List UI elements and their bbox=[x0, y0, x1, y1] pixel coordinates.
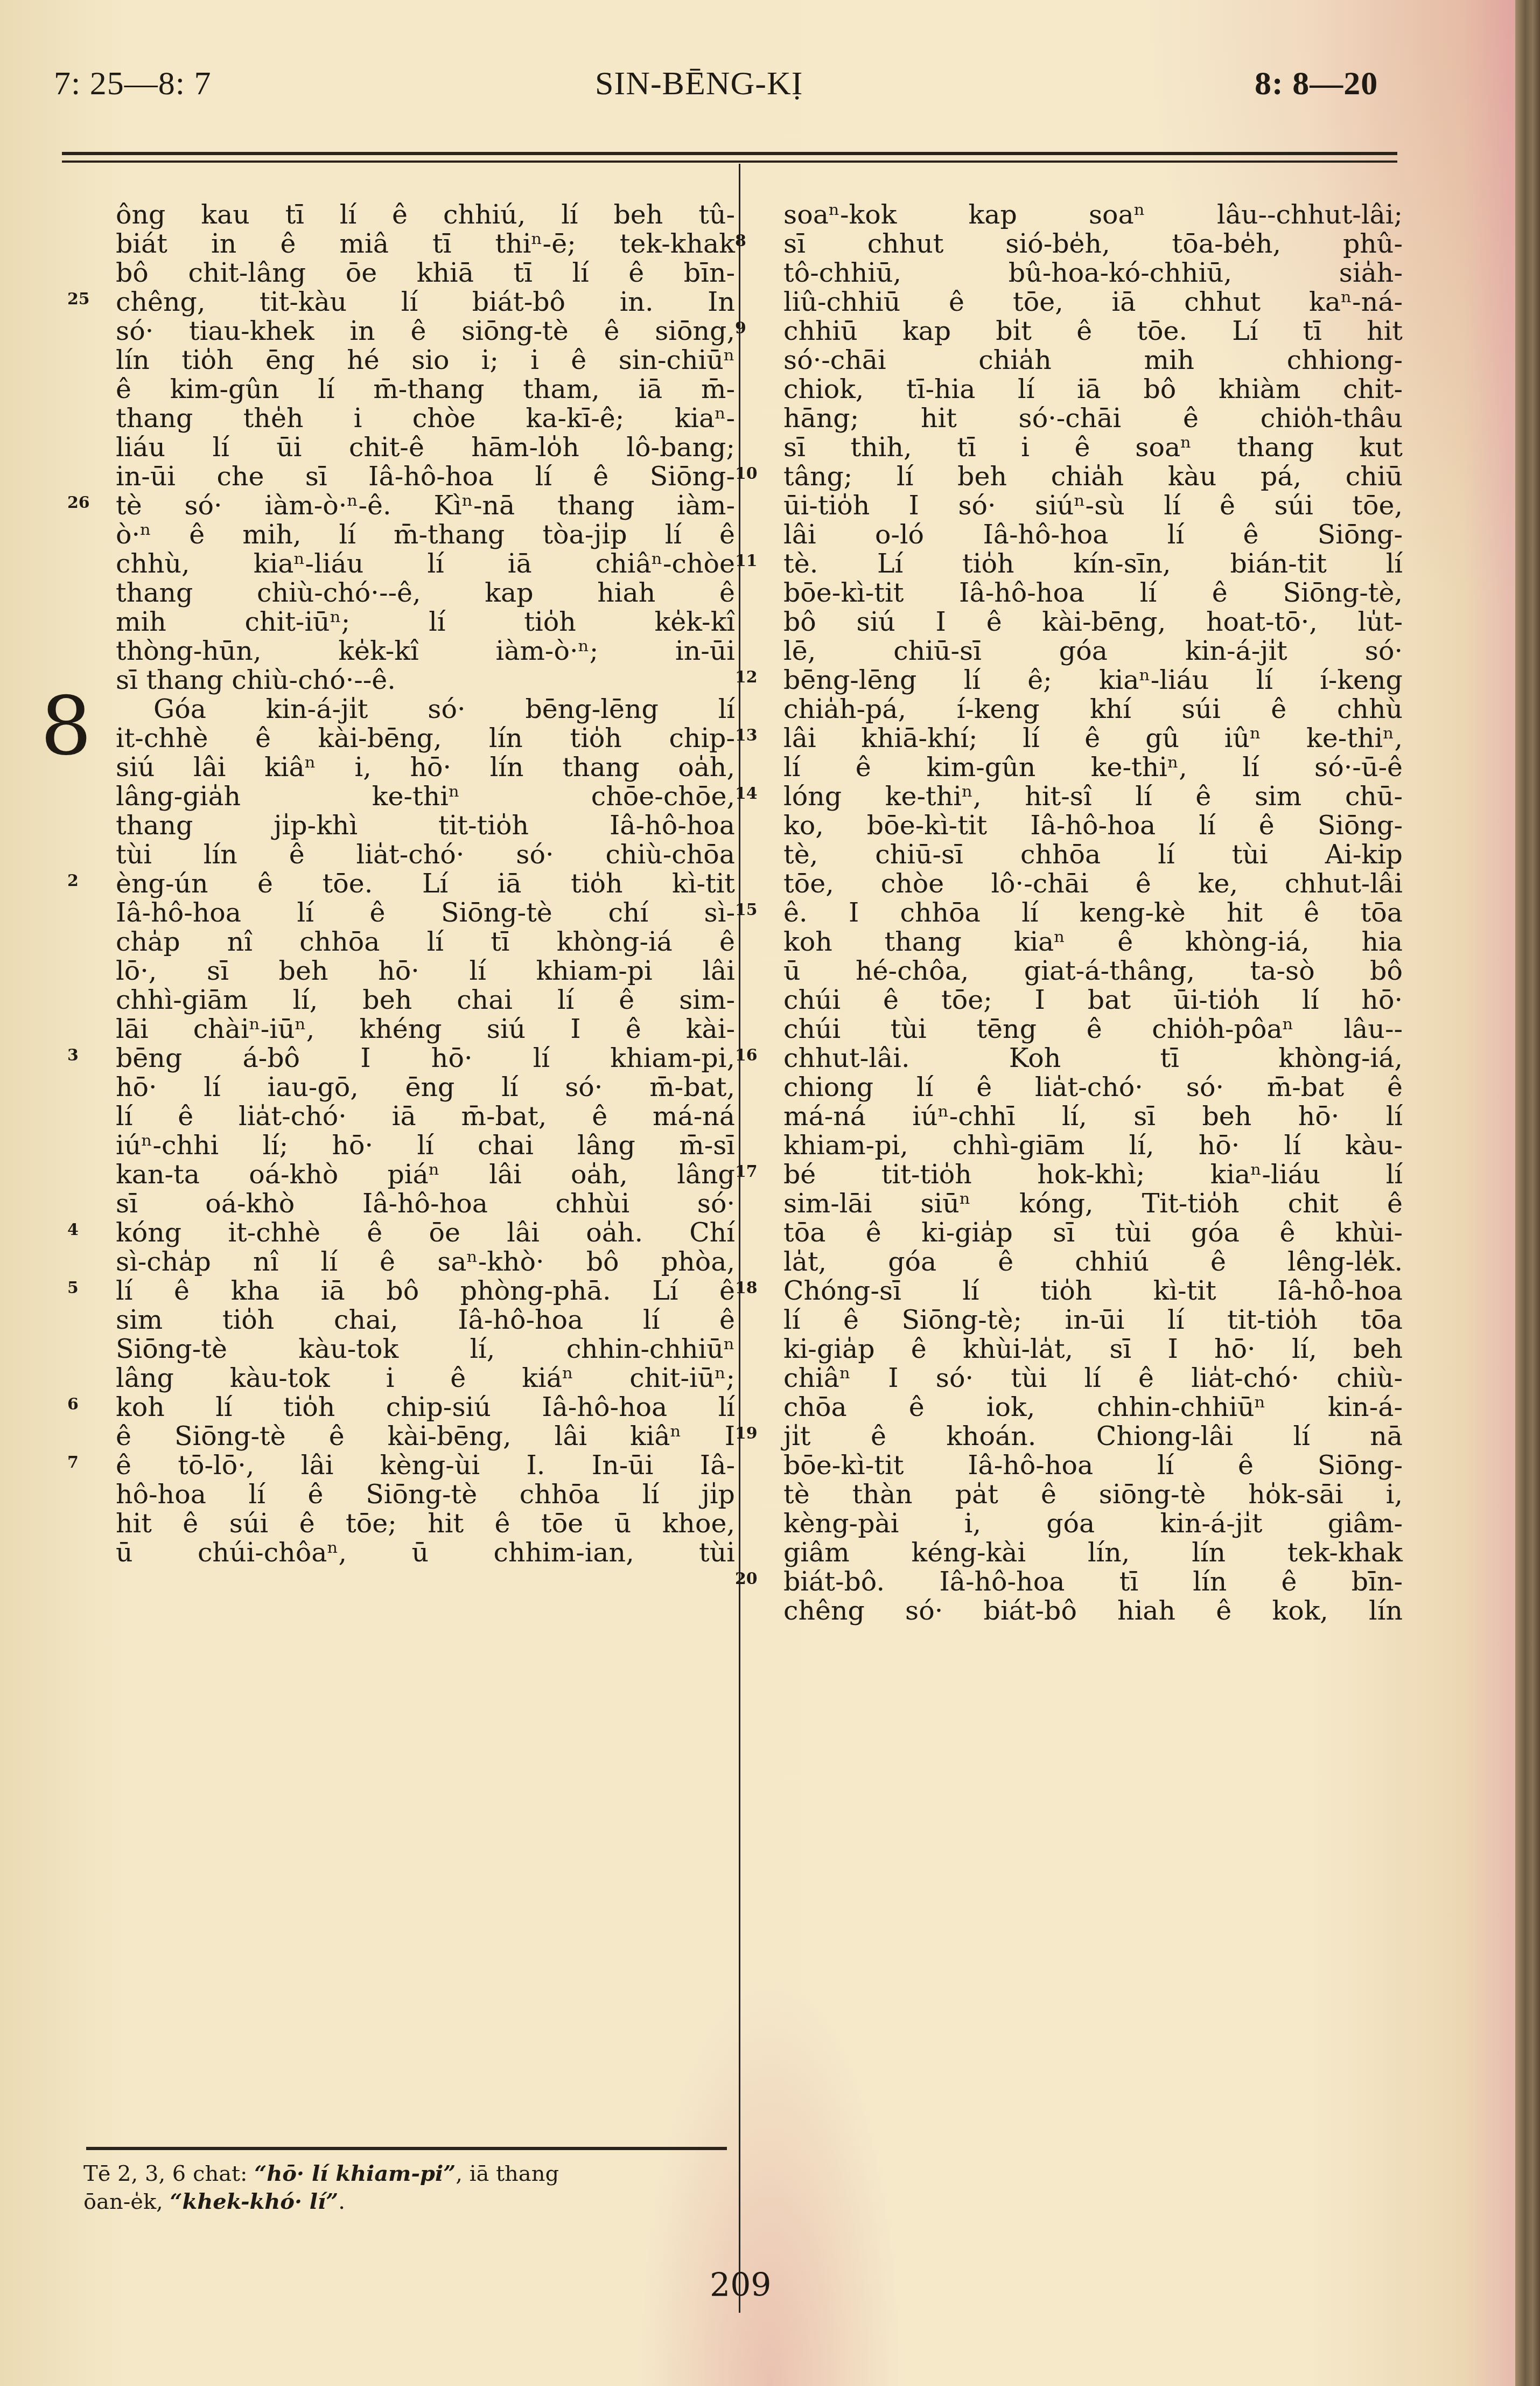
verse-number: 18 bbox=[735, 1276, 773, 1300]
text-line: sī thang chiù-chó·--ê. bbox=[116, 666, 735, 695]
line-text: lí ê kha iā bô phòng-phā. Lí ê bbox=[116, 1275, 735, 1306]
line-text: chōa ê iok, chhin-chhiūⁿ kin-á- bbox=[783, 1392, 1403, 1422]
text-line: 12bēng-lēng lí ê; kiaⁿ-liáu lí í-keng bbox=[783, 666, 1403, 695]
text-line: sim-lāi siūⁿ kóng, Tit-tio̍h chit ê bbox=[783, 1189, 1403, 1218]
line-text: ê Siōng-tè ê kài-bēng, lâi kiâⁿ I bbox=[116, 1421, 735, 1452]
verse-number: 19 bbox=[735, 1422, 773, 1446]
text-line: tè, chiū-sī chhōa lí tùi Ai-kip bbox=[783, 840, 1403, 869]
line-text: ūi-tio̍h I só· siúⁿ-sù lí ê súi tōe, bbox=[783, 490, 1403, 521]
line-text: siú lâi kiâⁿ i, hō· lín thang oa̍h, bbox=[116, 752, 735, 783]
text-line: ū hé-chôa, giat-á-thâng, ta-sò bô bbox=[783, 957, 1403, 986]
verse-number: 12 bbox=[735, 666, 773, 689]
line-text: bé tit-tio̍h hok-khì; kiaⁿ-liáu lí bbox=[783, 1159, 1403, 1190]
text-line: ūi-tio̍h I só· siúⁿ-sù lí ê súi tōe, bbox=[783, 491, 1403, 520]
text-line: khiam-pi, chhì-giām lí, hō· lí kàu- bbox=[783, 1131, 1403, 1160]
line-text: Chóng-sī lí tio̍h kì-tit Iâ-hô-hoa bbox=[783, 1275, 1403, 1306]
header-left-range: 7: 25—8: 7 bbox=[54, 65, 211, 103]
text-line: hō· lí iau-gō, ēng lí só· m̄-bat, bbox=[116, 1073, 735, 1102]
line-text: só· tiau-khek in ê siōng-tè ê siōng, bbox=[116, 316, 735, 346]
text-line: ū chúi-chôaⁿ, ū chhim-ian, tùi bbox=[116, 1538, 735, 1567]
line-text: chêng, tit-kàu lí biát-bô in. In bbox=[116, 287, 735, 317]
text-line: lâng kàu-tok i ê kiáⁿ chit-iūⁿ; bbox=[116, 1364, 735, 1393]
text-line: lō·, sī beh hō· lí khiam-pi lâi bbox=[116, 957, 735, 986]
text-line: 26tè só· iàm-ò·ⁿ-ê. Kìⁿ-nā thang iàm- bbox=[116, 491, 735, 520]
line-text: lâi khiā-khí; lí ê gû iûⁿ ke-thiⁿ, bbox=[783, 723, 1403, 754]
line-text: Iâ-hô-hoa lí ê Siōng-tè chí sì- bbox=[116, 897, 735, 928]
line-text: sì-cha̍p nî lí ê saⁿ-khò· bô phòa, bbox=[116, 1246, 735, 1277]
line-text: lē, chiū-sī góa kin-á-ji̍t só· bbox=[783, 636, 1403, 666]
line-text: bô siú I ê kài-bēng, hoat-tō·, lu̍t- bbox=[783, 606, 1403, 637]
line-text: biát in ê miâ tī thiⁿ-ē; tek-khak bbox=[116, 228, 735, 259]
line-text: ū hé-chôa, giat-á-thâng, ta-sò bô bbox=[783, 955, 1403, 986]
header-rule-top bbox=[62, 152, 1397, 155]
verse-number: 8 bbox=[735, 229, 773, 253]
line-text: Góa kin-á-ji̍t só· bēng-lēng lí bbox=[153, 694, 735, 724]
text-line: ki-gia̍p ê khùi-la̍t, sī I hō· lí, beh bbox=[783, 1335, 1403, 1364]
line-text: sī oá-khò Iâ-hô-hoa chhùi só· bbox=[116, 1188, 735, 1219]
verse-number: 26 bbox=[67, 491, 105, 515]
line-text: Siōng-tè kàu-tok lí, chhin-chhiūⁿ bbox=[116, 1334, 735, 1364]
line-text: lín tio̍h ēng hé sio i; i ê sin-chiūⁿ bbox=[116, 345, 735, 375]
text-line: liáu lí ūi chit-ê hām-lo̍h lô-bang; bbox=[116, 433, 735, 462]
text-line: 8Góa kin-á-ji̍t só· bēng-lēng lí bbox=[116, 695, 735, 724]
verse-number: 11 bbox=[735, 549, 773, 573]
text-line: bô siú I ê kài-bēng, hoat-tō·, lu̍t- bbox=[783, 608, 1403, 637]
text-line: cha̍p nî chhōa lí tī khòng-iá ê bbox=[116, 927, 735, 957]
text-line: thang ji̍p-khì tit-tio̍h Iâ-hô-hoa bbox=[116, 811, 735, 840]
line-text: hāng; hit só·-chāi ê chio̍h-thâu bbox=[783, 403, 1403, 434]
footnote-line2-prefix: ōan-e̍k, bbox=[83, 2189, 170, 2214]
text-line: 4kóng it-chhè ê ōe lâi oa̍h. Chí bbox=[116, 1218, 735, 1247]
page-number: 209 bbox=[710, 2266, 772, 2304]
line-text: chhut-lâi. Koh tī khòng-iá, bbox=[783, 1043, 1403, 1073]
line-text: bô chit-lâng ōe khiā tī lí ê bīn- bbox=[116, 257, 735, 288]
text-line: 6koh lí tio̍h chip-siú Iâ-hô-hoa lí bbox=[116, 1393, 735, 1422]
line-text: koh lí tio̍h chip-siú Iâ-hô-hoa lí bbox=[116, 1392, 735, 1422]
text-line: chhù, kiaⁿ-liáu lí iā chiâⁿ-chòe bbox=[116, 549, 735, 578]
line-text: ò·ⁿ ê mih, lí m̄-thang tòa-ji̍p lí ê bbox=[116, 519, 735, 550]
text-line: lí ê kim-gûn ke-thiⁿ, lí só·-ū-ê bbox=[783, 753, 1403, 782]
text-line: 5lí ê kha iā bô phòng-phā. Lí ê bbox=[116, 1276, 735, 1306]
verse-number: 10 bbox=[735, 462, 773, 486]
text-line: 17bé tit-tio̍h hok-khì; kiaⁿ-liáu lí bbox=[783, 1160, 1403, 1189]
text-line: chhì-giām lí, beh chai lí ê sim- bbox=[116, 986, 735, 1015]
line-text: lóng ke-thiⁿ, hit-sî lí ê sim chū- bbox=[783, 781, 1403, 812]
line-text: hit ê súi ê tōe; hit ê tōe ū khoe, bbox=[116, 1508, 735, 1539]
verse-number: 14 bbox=[735, 782, 773, 806]
verse-number: 2 bbox=[67, 869, 105, 893]
text-line: lín tio̍h ēng hé sio i; i ê sin-chiūⁿ bbox=[116, 346, 735, 375]
verse-number: 13 bbox=[735, 724, 773, 748]
text-line: sī oá-khò Iâ-hô-hoa chhùi só· bbox=[116, 1189, 735, 1218]
line-text: liû-chhiū ê tōe, iā chhut kaⁿ-ná- bbox=[783, 287, 1403, 317]
text-line: 20biát-bô. Iâ-hô-hoa tī lín ê bīn- bbox=[783, 1567, 1403, 1596]
line-text: lí ê Siōng-tè; in-ūi lí tit-tio̍h tōa bbox=[783, 1304, 1403, 1335]
text-line: lē, chiū-sī góa kin-á-ji̍t só· bbox=[783, 637, 1403, 666]
text-line: hit ê súi ê tōe; hit ê tōe ū khoe, bbox=[116, 1509, 735, 1538]
line-text: chúi ê tōe; I bat ūi-tio̍h lí hō· bbox=[783, 985, 1403, 1015]
text-line: tōe, chòe lô·-chāi ê ke, chhut-lâi bbox=[783, 869, 1403, 898]
text-line: 18Chóng-sī lí tio̍h kì-tit Iâ-hô-hoa bbox=[783, 1276, 1403, 1306]
line-text: khiam-pi, chhì-giām lí, hō· lí kàu- bbox=[783, 1130, 1403, 1161]
text-line: kan-ta oá-khò piáⁿ lâi oa̍h, lâng bbox=[116, 1160, 735, 1189]
line-text: thòng-hūn, ke̍k-kî iàm-ò·ⁿ; in-ūi bbox=[116, 636, 735, 666]
text-line: hāng; hit só·-chāi ê chio̍h-thâu bbox=[783, 404, 1403, 433]
header-rule-bottom bbox=[62, 161, 1397, 163]
line-text: sī thang chiù-chó·--ê. bbox=[116, 665, 396, 695]
verse-number: 4 bbox=[67, 1218, 105, 1242]
line-text: lō·, sī beh hō· lí khiam-pi lâi bbox=[116, 955, 735, 986]
line-text: chiâⁿ I só· tùi lí ê lia̍t-chó· chiù- bbox=[783, 1363, 1403, 1393]
line-text: lí ê lia̍t-chó· iā m̄-bat, ê má-ná bbox=[116, 1101, 735, 1132]
line-text: biát-bô. Iâ-hô-hoa tī lín ê bīn- bbox=[783, 1566, 1403, 1597]
verse-number: 3 bbox=[67, 1044, 105, 1068]
line-text: mih chit-iūⁿ; lí tio̍h ke̍k-kî bbox=[116, 606, 735, 637]
line-text: liáu lí ūi chit-ê hām-lo̍h lô-bang; bbox=[116, 432, 735, 463]
line-text: chia̍h-pá, í-keng khí súi ê chhù bbox=[783, 694, 1403, 724]
line-text: lâng-gia̍h ke-thiⁿ chōe-chōe, bbox=[116, 781, 735, 812]
line-text: kóng it-chhè ê ōe lâi oa̍h. Chí bbox=[116, 1217, 735, 1248]
right-text-column: soaⁿ-kok kap soaⁿ lâu--chhut-lâi;8sī chh… bbox=[783, 200, 1403, 1625]
verse-number: 15 bbox=[735, 898, 773, 922]
book-page-edges bbox=[1515, 0, 1540, 2386]
line-text: lí ê kim-gûn ke-thiⁿ, lí só·-ū-ê bbox=[783, 752, 1403, 783]
line-text: èng-ún ê tōe. Lí iā tio̍h kì-tit bbox=[116, 868, 735, 899]
footnote: Tē 2, 3, 6 chat: “hō· lí khiam-pi”, iā t… bbox=[83, 2160, 719, 2216]
line-text: hō· lí iau-gō, ēng lí só· m̄-bat, bbox=[116, 1072, 735, 1103]
text-line: 3bēng á-bô I hō· lí khiam-pi, bbox=[116, 1044, 735, 1073]
line-text: thang chiù-chó·--ê, kap hiah ê bbox=[116, 577, 735, 608]
text-line: 16chhut-lâi. Koh tī khòng-iá, bbox=[783, 1044, 1403, 1073]
text-line: 2èng-ún ê tōe. Lí iā tio̍h kì-tit bbox=[116, 869, 735, 898]
line-text: lâng kàu-tok i ê kiáⁿ chit-iūⁿ; bbox=[116, 1363, 735, 1393]
line-text: só·-chāi chia̍h mih chhiong- bbox=[783, 345, 1403, 375]
line-text: soaⁿ-kok kap soaⁿ lâu--chhut-lâi; bbox=[783, 199, 1403, 230]
line-text: tè, chiū-sī chhōa lí tùi Ai-kip bbox=[783, 839, 1403, 870]
verse-number: 16 bbox=[735, 1044, 773, 1068]
line-text: tè thàn pa̍t ê siōng-tè ho̍k-sāi i, bbox=[783, 1479, 1403, 1510]
verse-number: 17 bbox=[735, 1160, 773, 1184]
line-text: sim tio̍h chai, Iâ-hô-hoa lí ê bbox=[116, 1304, 735, 1335]
text-line: tùi lín ê lia̍t-chó· só· chiù-chōa bbox=[116, 840, 735, 869]
line-text: ki-gia̍p ê khùi-la̍t, sī I hō· lí, beh bbox=[783, 1334, 1403, 1364]
verse-number: 20 bbox=[735, 1567, 773, 1591]
text-line: 7ê tō-lō·, lâi kèng-ùi I. In-ūi Iâ- bbox=[116, 1451, 735, 1480]
line-text: hô-hoa lí ê Siōng-tè chhōa lí ji̍p bbox=[116, 1479, 735, 1510]
text-line: chōa ê iok, chhin-chhiūⁿ kin-á- bbox=[783, 1393, 1403, 1422]
text-line: sī thih, tī i ê soaⁿ thang kut bbox=[783, 433, 1403, 462]
line-text: bēng-lēng lí ê; kiaⁿ-liáu lí í-keng bbox=[783, 665, 1403, 695]
line-text: sī chhut sió-be̍h, tōa-be̍h, phû- bbox=[783, 228, 1403, 259]
text-line: biát in ê miâ tī thiⁿ-ē; tek-khak bbox=[116, 229, 735, 259]
text-line: lâng-gia̍h ke-thiⁿ chōe-chōe, bbox=[116, 782, 735, 811]
line-text: bōe-kì-tit Iâ-hô-hoa lí ê Siōng- bbox=[783, 1450, 1403, 1481]
line-text: cha̍p nî chhōa lí tī khòng-iá ê bbox=[116, 926, 735, 957]
line-text: thang ji̍p-khì tit-tio̍h Iâ-hô-hoa bbox=[116, 810, 735, 841]
text-line: lāi chàiⁿ-iūⁿ, khéng siú I ê kài- bbox=[116, 1015, 735, 1044]
verse-number: 9 bbox=[735, 317, 773, 340]
line-text: ê. I chhōa lí keng-kè hit ê tōa bbox=[783, 897, 1403, 928]
line-text: thang the̍h i chòe ka-kī-ê; kiaⁿ- bbox=[116, 403, 735, 434]
line-text: iúⁿ-chhi lí; hō· lí chai lâng m̄-sī bbox=[116, 1130, 735, 1161]
text-line: lí ê Siōng-tè; in-ūi lí tit-tio̍h tōa bbox=[783, 1306, 1403, 1335]
line-text: in-ūi che sī Iâ-hô-hoa lí ê Siōng- bbox=[116, 461, 735, 492]
text-line: 8sī chhut sió-be̍h, tōa-be̍h, phû- bbox=[783, 229, 1403, 259]
text-line: bô chit-lâng ōe khiā tī lí ê bīn- bbox=[116, 259, 735, 288]
text-line: la̍t, góa ê chhiú ê lêng-le̍k. bbox=[783, 1247, 1403, 1276]
line-text: kan-ta oá-khò piáⁿ lâi oa̍h, lâng bbox=[116, 1159, 735, 1190]
line-text: chêng só· biát-bô hiah ê kok, lín bbox=[783, 1595, 1403, 1626]
line-text: chhì-giām lí, beh chai lí ê sim- bbox=[116, 985, 735, 1015]
column-divider bbox=[739, 164, 740, 2313]
text-line: soaⁿ-kok kap soaⁿ lâu--chhut-lâi; bbox=[783, 200, 1403, 229]
text-line: ê kim-gûn lí m̄-thang tham, iā m̄- bbox=[116, 375, 735, 404]
left-text-column: ông kau tī lí ê chhiú, lí beh tû-biát in… bbox=[116, 200, 735, 1567]
chapter-number: 8 bbox=[40, 692, 92, 762]
verse-number: 6 bbox=[67, 1393, 105, 1417]
text-line: lí ê lia̍t-chó· iā m̄-bat, ê má-ná bbox=[116, 1102, 735, 1131]
line-text: ji̍t ê khoán. Chiong-lâi lí nā bbox=[783, 1421, 1403, 1452]
text-line: 11tè. Lí tio̍h kín-sīn, bián-tit lí bbox=[783, 549, 1403, 578]
verse-number: 25 bbox=[67, 288, 105, 311]
footnote-suffix: . bbox=[338, 2189, 345, 2214]
text-line: thang chiù-chó·--ê, kap hiah ê bbox=[116, 578, 735, 608]
text-line: tè thàn pa̍t ê siōng-tè ho̍k-sāi i, bbox=[783, 1480, 1403, 1509]
text-line: chêng só· biát-bô hiah ê kok, lín bbox=[783, 1596, 1403, 1625]
line-text: it-chhè ê kài-bēng, lín tio̍h chip- bbox=[116, 723, 735, 754]
line-text: tâng; lí beh chia̍h kàu pá, chiū bbox=[783, 461, 1403, 492]
footnote-middle: , iā thang bbox=[456, 2161, 559, 2186]
text-line: 13lâi khiā-khí; lí ê gû iûⁿ ke-thiⁿ, bbox=[783, 724, 1403, 753]
line-text: chhù, kiaⁿ-liáu lí iā chiâⁿ-chòe bbox=[116, 548, 735, 579]
text-line: ông kau tī lí ê chhiú, lí beh tû- bbox=[116, 200, 735, 229]
text-line: ko, bōe-kì-tit Iâ-hô-hoa lí ê Siōng- bbox=[783, 811, 1403, 840]
line-text: koh thang kiaⁿ ê khòng-iá, hia bbox=[783, 926, 1403, 957]
text-line: sì-cha̍p nî lí ê saⁿ-khò· bô phòa, bbox=[116, 1247, 735, 1276]
text-line: sim tio̍h chai, Iâ-hô-hoa lí ê bbox=[116, 1306, 735, 1335]
line-text: bōe-kì-tit Iâ-hô-hoa lí ê Siōng-tè, bbox=[783, 577, 1403, 608]
line-text: chúi tùi tēng ê chio̍h-pôaⁿ lâu-- bbox=[783, 1014, 1403, 1044]
text-line: 9chhiū kap bi̍t ê tōe. Lí tī hit bbox=[783, 317, 1403, 346]
text-line: chiok, tī-hia lí iā bô khiàm chit- bbox=[783, 375, 1403, 404]
text-line: lâi o-ló Iâ-hô-hoa lí ê Siōng- bbox=[783, 520, 1403, 549]
text-line: Siōng-tè kàu-tok lí, chhin-chhiūⁿ bbox=[116, 1335, 735, 1364]
text-line: chúi tùi tēng ê chio̍h-pôaⁿ lâu-- bbox=[783, 1015, 1403, 1044]
line-text: tô-chhiū, bû-hoa-kó-chhiū, sia̍h- bbox=[783, 257, 1403, 288]
line-text: kèng-pài i, góa kin-á-ji̍t giâm- bbox=[783, 1508, 1403, 1539]
line-text: chiok, tī-hia lí iā bô khiàm chit- bbox=[783, 374, 1403, 404]
text-line: Iâ-hô-hoa lí ê Siōng-tè chí sì- bbox=[116, 898, 735, 927]
line-text: tè só· iàm-ò·ⁿ-ê. Kìⁿ-nā thang iàm- bbox=[116, 490, 735, 521]
text-line: tô-chhiū, bû-hoa-kó-chhiū, sia̍h- bbox=[783, 259, 1403, 288]
text-line: chiâⁿ I só· tùi lí ê lia̍t-chó· chiù- bbox=[783, 1364, 1403, 1393]
text-line: hô-hoa lí ê Siōng-tè chhōa lí ji̍p bbox=[116, 1480, 735, 1509]
text-line: kèng-pài i, góa kin-á-ji̍t giâm- bbox=[783, 1509, 1403, 1538]
text-line: só· tiau-khek in ê siōng-tè ê siōng, bbox=[116, 317, 735, 346]
text-line: mih chit-iūⁿ; lí tio̍h ke̍k-kî bbox=[116, 608, 735, 637]
header-right-range: 8: 8—20 bbox=[1255, 65, 1378, 103]
text-line: chiong lí ê lia̍t-chó· só· m̄-bat ê bbox=[783, 1073, 1403, 1102]
text-line: 25chêng, tit-kàu lí biát-bô in. In bbox=[116, 288, 735, 317]
line-text: giâm kéng-kài lín, lín tek-khak bbox=[783, 1537, 1403, 1568]
line-text: tùi lín ê lia̍t-chó· só· chiù-chōa bbox=[116, 839, 735, 870]
line-text: chhiū kap bi̍t ê tōe. Lí tī hit bbox=[783, 316, 1403, 346]
text-line: 10tâng; lí beh chia̍h kàu pá, chiū bbox=[783, 462, 1403, 491]
line-text: ông kau tī lí ê chhiú, lí beh tû- bbox=[116, 199, 735, 230]
text-line: in-ūi che sī Iâ-hô-hoa lí ê Siōng- bbox=[116, 462, 735, 491]
text-line: chia̍h-pá, í-keng khí súi ê chhù bbox=[783, 695, 1403, 724]
text-line: thang the̍h i chòe ka-kī-ê; kiaⁿ- bbox=[116, 404, 735, 433]
text-line: bōe-kì-tit Iâ-hô-hoa lí ê Siōng-tè, bbox=[783, 578, 1403, 608]
text-line: it-chhè ê kài-bēng, lín tio̍h chip- bbox=[116, 724, 735, 753]
text-line: iúⁿ-chhi lí; hō· lí chai lâng m̄-sī bbox=[116, 1131, 735, 1160]
line-text: ê kim-gûn lí m̄-thang tham, iā m̄- bbox=[116, 374, 735, 404]
line-text: ko, bōe-kì-tit Iâ-hô-hoa lí ê Siōng- bbox=[783, 810, 1403, 841]
text-line: só·-chāi chia̍h mih chhiong- bbox=[783, 346, 1403, 375]
text-line: liû-chhiū ê tōe, iā chhut kaⁿ-ná- bbox=[783, 288, 1403, 317]
line-text: la̍t, góa ê chhiú ê lêng-le̍k. bbox=[783, 1246, 1403, 1277]
line-text: má-ná iúⁿ-chhī lí, sī beh hō· lí bbox=[783, 1101, 1403, 1132]
line-text: bēng á-bô I hō· lí khiam-pi, bbox=[116, 1043, 735, 1073]
line-text: tōa ê ki-gia̍p sī tùi góa ê khùi- bbox=[783, 1217, 1403, 1248]
line-text: ū chúi-chôaⁿ, ū chhim-ian, tùi bbox=[116, 1537, 735, 1568]
line-text: sī thih, tī i ê soaⁿ thang kut bbox=[783, 432, 1403, 463]
text-line: 19ji̍t ê khoán. Chiong-lâi lí nā bbox=[783, 1422, 1403, 1451]
line-text: sim-lāi siūⁿ kóng, Tit-tio̍h chit ê bbox=[783, 1188, 1403, 1219]
verse-number: 7 bbox=[67, 1451, 105, 1475]
line-text: tōe, chòe lô·-chāi ê ke, chhut-lâi bbox=[783, 868, 1403, 899]
text-line: má-ná iúⁿ-chhī lí, sī beh hō· lí bbox=[783, 1102, 1403, 1131]
text-line: ò·ⁿ ê mih, lí m̄-thang tòa-ji̍p lí ê bbox=[116, 520, 735, 549]
text-line: bōe-kì-tit Iâ-hô-hoa lí ê Siōng- bbox=[783, 1451, 1403, 1480]
verse-number: 5 bbox=[67, 1276, 105, 1300]
text-line: koh thang kiaⁿ ê khòng-iá, hia bbox=[783, 927, 1403, 957]
footnote-rule bbox=[86, 2147, 727, 2150]
line-text: chiong lí ê lia̍t-chó· só· m̄-bat ê bbox=[783, 1072, 1403, 1103]
text-line: chúi ê tōe; I bat ūi-tio̍h lí hō· bbox=[783, 986, 1403, 1015]
text-line: siú lâi kiâⁿ i, hō· lín thang oa̍h, bbox=[116, 753, 735, 782]
line-text: lâi o-ló Iâ-hô-hoa lí ê Siōng- bbox=[783, 519, 1403, 550]
running-header: 7: 25—8: 7 SIN-BĒNG-KỊ 8: 8—20 bbox=[0, 65, 1540, 113]
text-line: giâm kéng-kài lín, lín tek-khak bbox=[783, 1538, 1403, 1567]
line-text: ê tō-lō·, lâi kèng-ùi I. In-ūi Iâ- bbox=[116, 1450, 735, 1481]
line-text: tè. Lí tio̍h kín-sīn, bián-tit lí bbox=[783, 548, 1403, 579]
text-line: 15ê. I chhōa lí keng-kè hit ê tōa bbox=[783, 898, 1403, 927]
footnote-quote-2: “khek-khó· lí” bbox=[170, 2189, 339, 2214]
footnote-quote-1: “hō· lí khiam-pi” bbox=[254, 2161, 456, 2186]
text-line: 14lóng ke-thiⁿ, hit-sî lí ê sim chū- bbox=[783, 782, 1403, 811]
text-line: thòng-hūn, ke̍k-kî iàm-ò·ⁿ; in-ūi bbox=[116, 637, 735, 666]
text-line: ê Siōng-tè ê kài-bēng, lâi kiâⁿ I bbox=[116, 1422, 735, 1451]
header-book-title: SIN-BĒNG-KỊ bbox=[595, 65, 803, 103]
line-text: lāi chàiⁿ-iūⁿ, khéng siú I ê kài- bbox=[116, 1014, 735, 1044]
text-line: tōa ê ki-gia̍p sī tùi góa ê khùi- bbox=[783, 1218, 1403, 1247]
footnote-prefix: Tē 2, 3, 6 chat: bbox=[83, 2161, 254, 2186]
